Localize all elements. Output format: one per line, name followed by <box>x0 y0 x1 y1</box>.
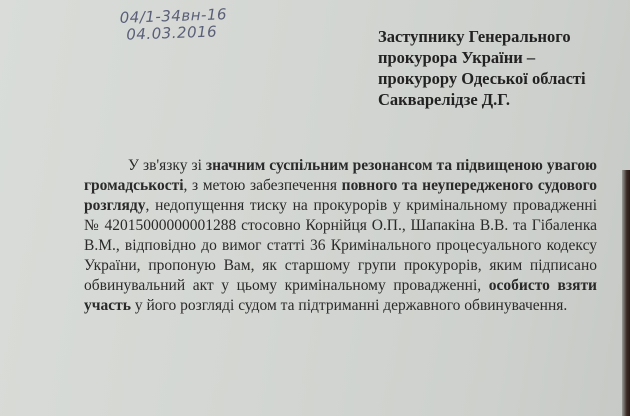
document-page: 04/1-34вн-16 04.03.2016 Заступнику Генер… <box>0 0 630 416</box>
body-text: , з метою забезпечення <box>184 177 342 194</box>
letter-body: У зв'язку зі значним суспільним резонанс… <box>84 156 597 316</box>
body-text: У зв'язку зі <box>128 157 206 174</box>
addressee-line: прокурору Одеської області <box>378 68 628 89</box>
page-edge-shadow <box>622 170 630 416</box>
addressee-line: Заступнику Генерального <box>378 26 628 47</box>
addressee-line: прокурора України – <box>378 47 628 68</box>
body-text: у його розгляді судом та підтриманні дер… <box>131 297 567 314</box>
addressee-block: Заступнику Генерального прокурора Україн… <box>378 26 628 110</box>
registration-date: 04.03.2016 <box>120 23 228 44</box>
addressee-line: Сакварелідзе Д.Г. <box>378 89 628 110</box>
registration-stamp: 04/1-34вн-16 04.03.2016 <box>119 6 227 44</box>
